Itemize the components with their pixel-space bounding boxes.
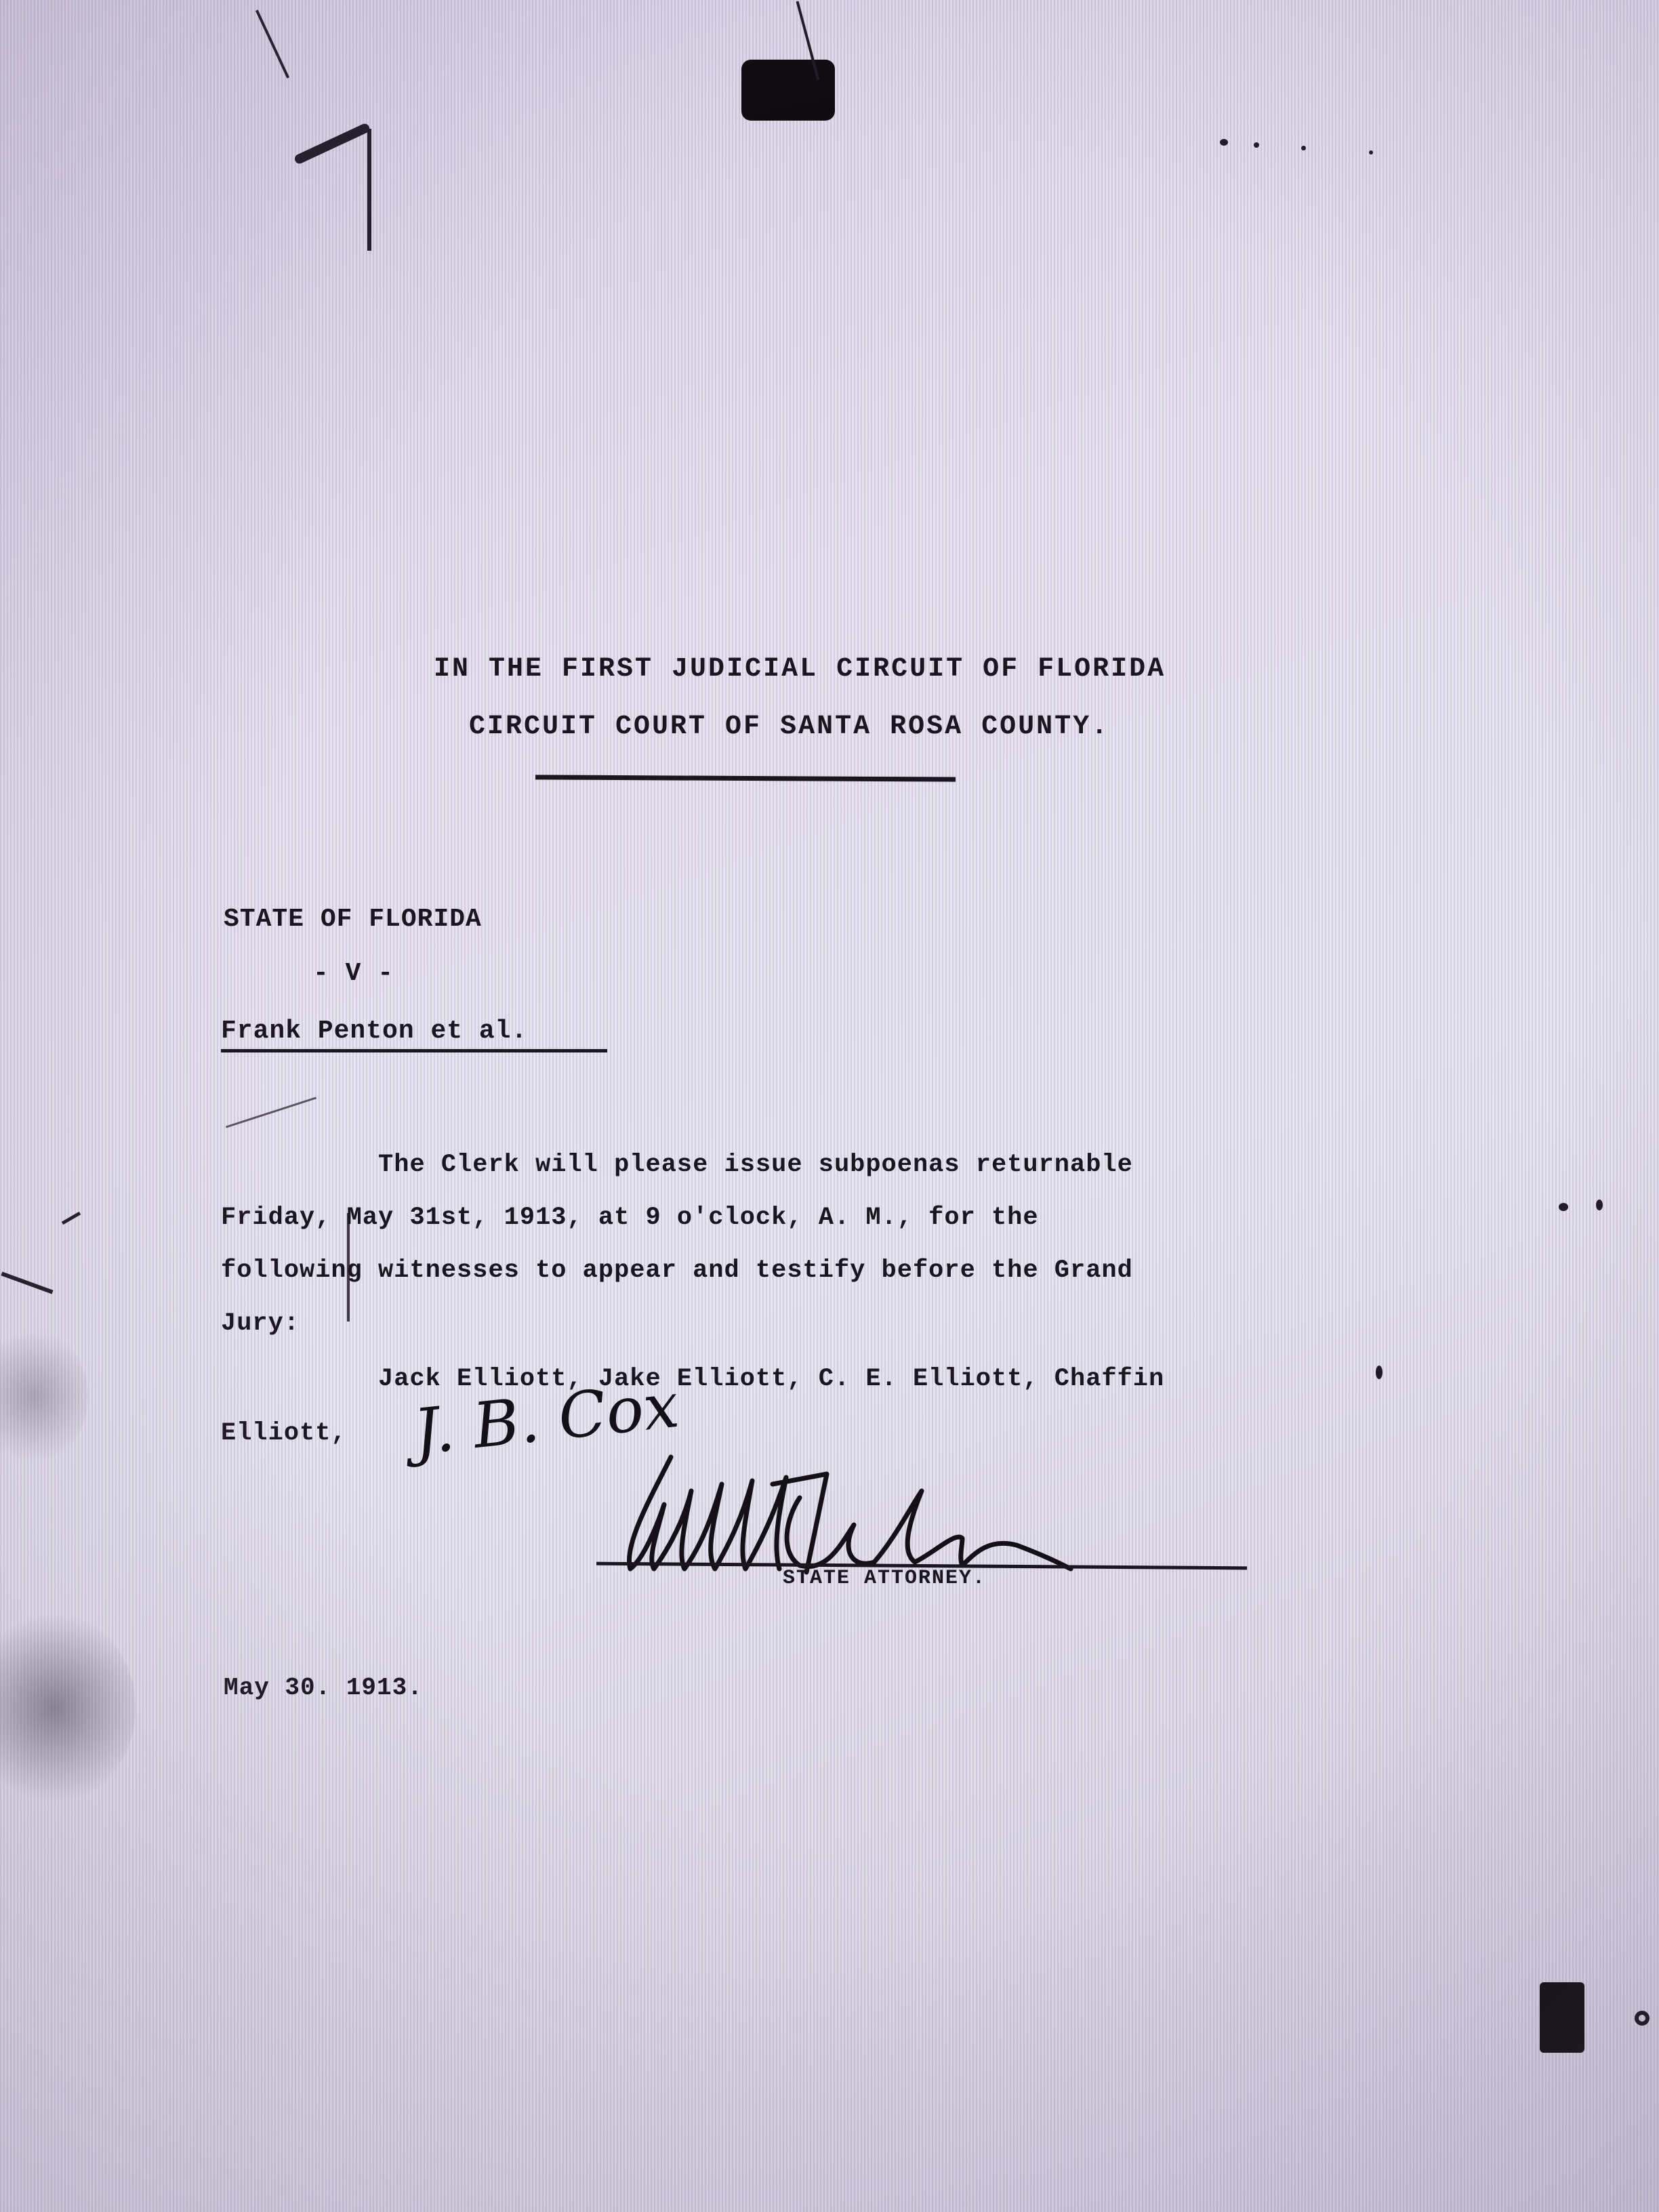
smudge-mark [0,1613,136,1803]
caption-plaintiff: STATE OF FLORIDA [224,905,482,934]
subpoena-request-body: The Clerk will please issue subpoenas re… [221,1139,1133,1350]
caption-versus: - V - [313,959,394,988]
speck [1596,1200,1603,1210]
speck [1254,142,1259,148]
ink-dot-mark [1635,2011,1650,2026]
smudge-mark [0,1328,88,1464]
screen-moire-overlay [0,0,1659,2212]
heading-divider [535,775,956,781]
scratch-mark [226,1097,316,1128]
scratch-mark [1,1272,53,1294]
state-attorney-signature [583,1443,1261,1579]
speck [1220,139,1228,146]
court-heading-line-1: IN THE FIRST JUDICIAL CIRCUIT OF FLORIDA [434,654,1166,684]
caption-defendant: Frank Penton et al. [221,1017,527,1046]
document-date: May 30. 1913. [224,1674,423,1702]
caption-underline [221,1049,607,1052]
photo-vignette [0,0,1659,2212]
speck [1369,150,1373,155]
punch-hole-mark [1540,1982,1584,2053]
speck [1376,1366,1382,1379]
speck [1301,146,1306,150]
scratch-mark [62,1212,81,1225]
scratch-mark [293,122,371,165]
signature-title: STATE ATTORNEY. [783,1567,986,1590]
court-heading-line-2: CIRCUIT COURT OF SANTA ROSA COUNTY. [469,712,1109,742]
speck [1559,1203,1568,1211]
scratch-mark [367,129,371,251]
punch-hole-mark [741,60,835,121]
scratch-mark [255,9,289,78]
